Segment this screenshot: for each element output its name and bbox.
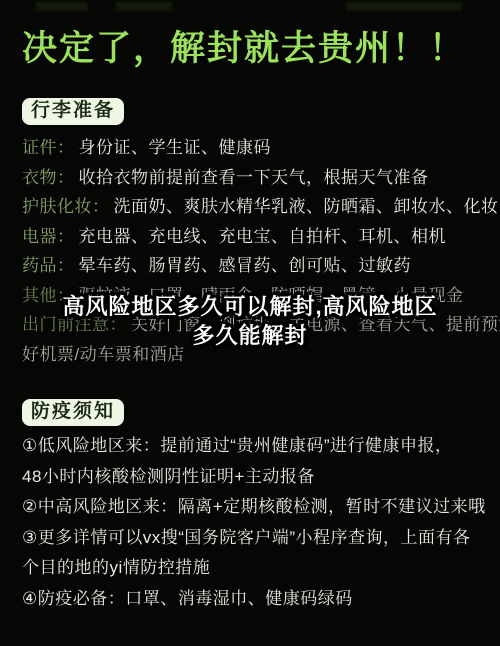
list-item-skincare: 护肤化妆：洗面奶、爽肤水精华乳液、防晒霜、卸妆水、化妆品 [22, 192, 486, 222]
notice-essentials: ④防疫必备：口罩、消毒湿巾、健康码绿码 [22, 584, 486, 615]
item-text: 收拾衣物前提前查看一下天气，根据天气准备 [79, 168, 429, 187]
list-item-clothes: 衣物：收拾衣物前提前查看一下天气，根据天气准备 [22, 163, 486, 193]
notice-more-details: ③更多详情可以vx搜“国务院客户端”小程序查询，上面有各个目的地的yi情防控措施 [22, 523, 486, 584]
item-label: 证件： [22, 138, 75, 157]
notice-mid-high-risk: ②中高风险地区来：隔离+定期核酸检测，暂时不建议过来哦 [22, 492, 486, 523]
item-label: 衣物： [22, 168, 75, 187]
cropped-top-text-remnant [346, 2, 462, 11]
notice-text-continued: 个目的地的yi情防控措施 [22, 553, 486, 584]
item-text: 充电器、充电线、充电宝、自拍杆、耳机、相机 [79, 227, 447, 246]
item-text: 晕车药、肠胃药、感冒药、创可贴、过敏药 [79, 256, 412, 275]
item-text: 洗面奶、爽肤水精华乳液、防晒霜、卸妆水、化妆品 [114, 197, 500, 216]
watermark-overlay-text: 高风险地区多久可以解封,高风险地区 多久能解封 [0, 292, 500, 350]
list-item-medicine: 药品：晕车药、肠胃药、感冒药、创可贴、过敏药 [22, 251, 486, 281]
item-label: 护肤化妆： [22, 197, 110, 216]
notice-text: ①低风险地区来：提前通过“贵州健康码”进行健康申报， [22, 436, 453, 455]
notice-text-continued: 48小时内核酸检测阴性证明+主动报备 [22, 462, 486, 493]
notice-text: ④防疫必备：口罩、消毒湿巾、健康码绿码 [22, 589, 353, 608]
overlay-line-2: 多久能解封 [0, 321, 500, 350]
cropped-top-text-remnant [116, 2, 172, 11]
epidemic-notice-list: ①低风险地区来：提前通过“贵州健康码”进行健康申报，48小时内核酸检测阴性证明+… [22, 431, 486, 614]
luggage-section-badge: 行李准备 [22, 98, 124, 125]
item-label: 电器： [22, 227, 75, 246]
cropped-top-text-remnant [36, 2, 88, 11]
epidemic-section-badge: 防疫须知 [22, 399, 124, 426]
list-item-documents: 证件：身份证、学生证、健康码 [22, 133, 486, 163]
list-item-electronics: 电器：充电器、充电线、充电宝、自拍杆、耳机、相机 [22, 222, 486, 252]
notice-text: ②中高风险地区来：隔离+定期核酸检测，暂时不建议过来哦 [22, 497, 486, 516]
travel-poster: 决定了，解封就去贵州！！ 行李准备 证件：身份证、学生证、健康码 衣物：收拾衣物… [0, 0, 500, 646]
notice-text: ③更多详情可以vx搜“国务院客户端”小程序查询，上面有各 [22, 528, 471, 547]
item-text: 身份证、学生证、健康码 [79, 138, 272, 157]
item-label: 药品： [22, 256, 75, 275]
notice-low-risk: ①低风险地区来：提前通过“贵州健康码”进行健康申报，48小时内核酸检测阴性证明+… [22, 431, 486, 492]
overlay-line-1: 高风险地区多久可以解封,高风险地区 [0, 292, 500, 321]
